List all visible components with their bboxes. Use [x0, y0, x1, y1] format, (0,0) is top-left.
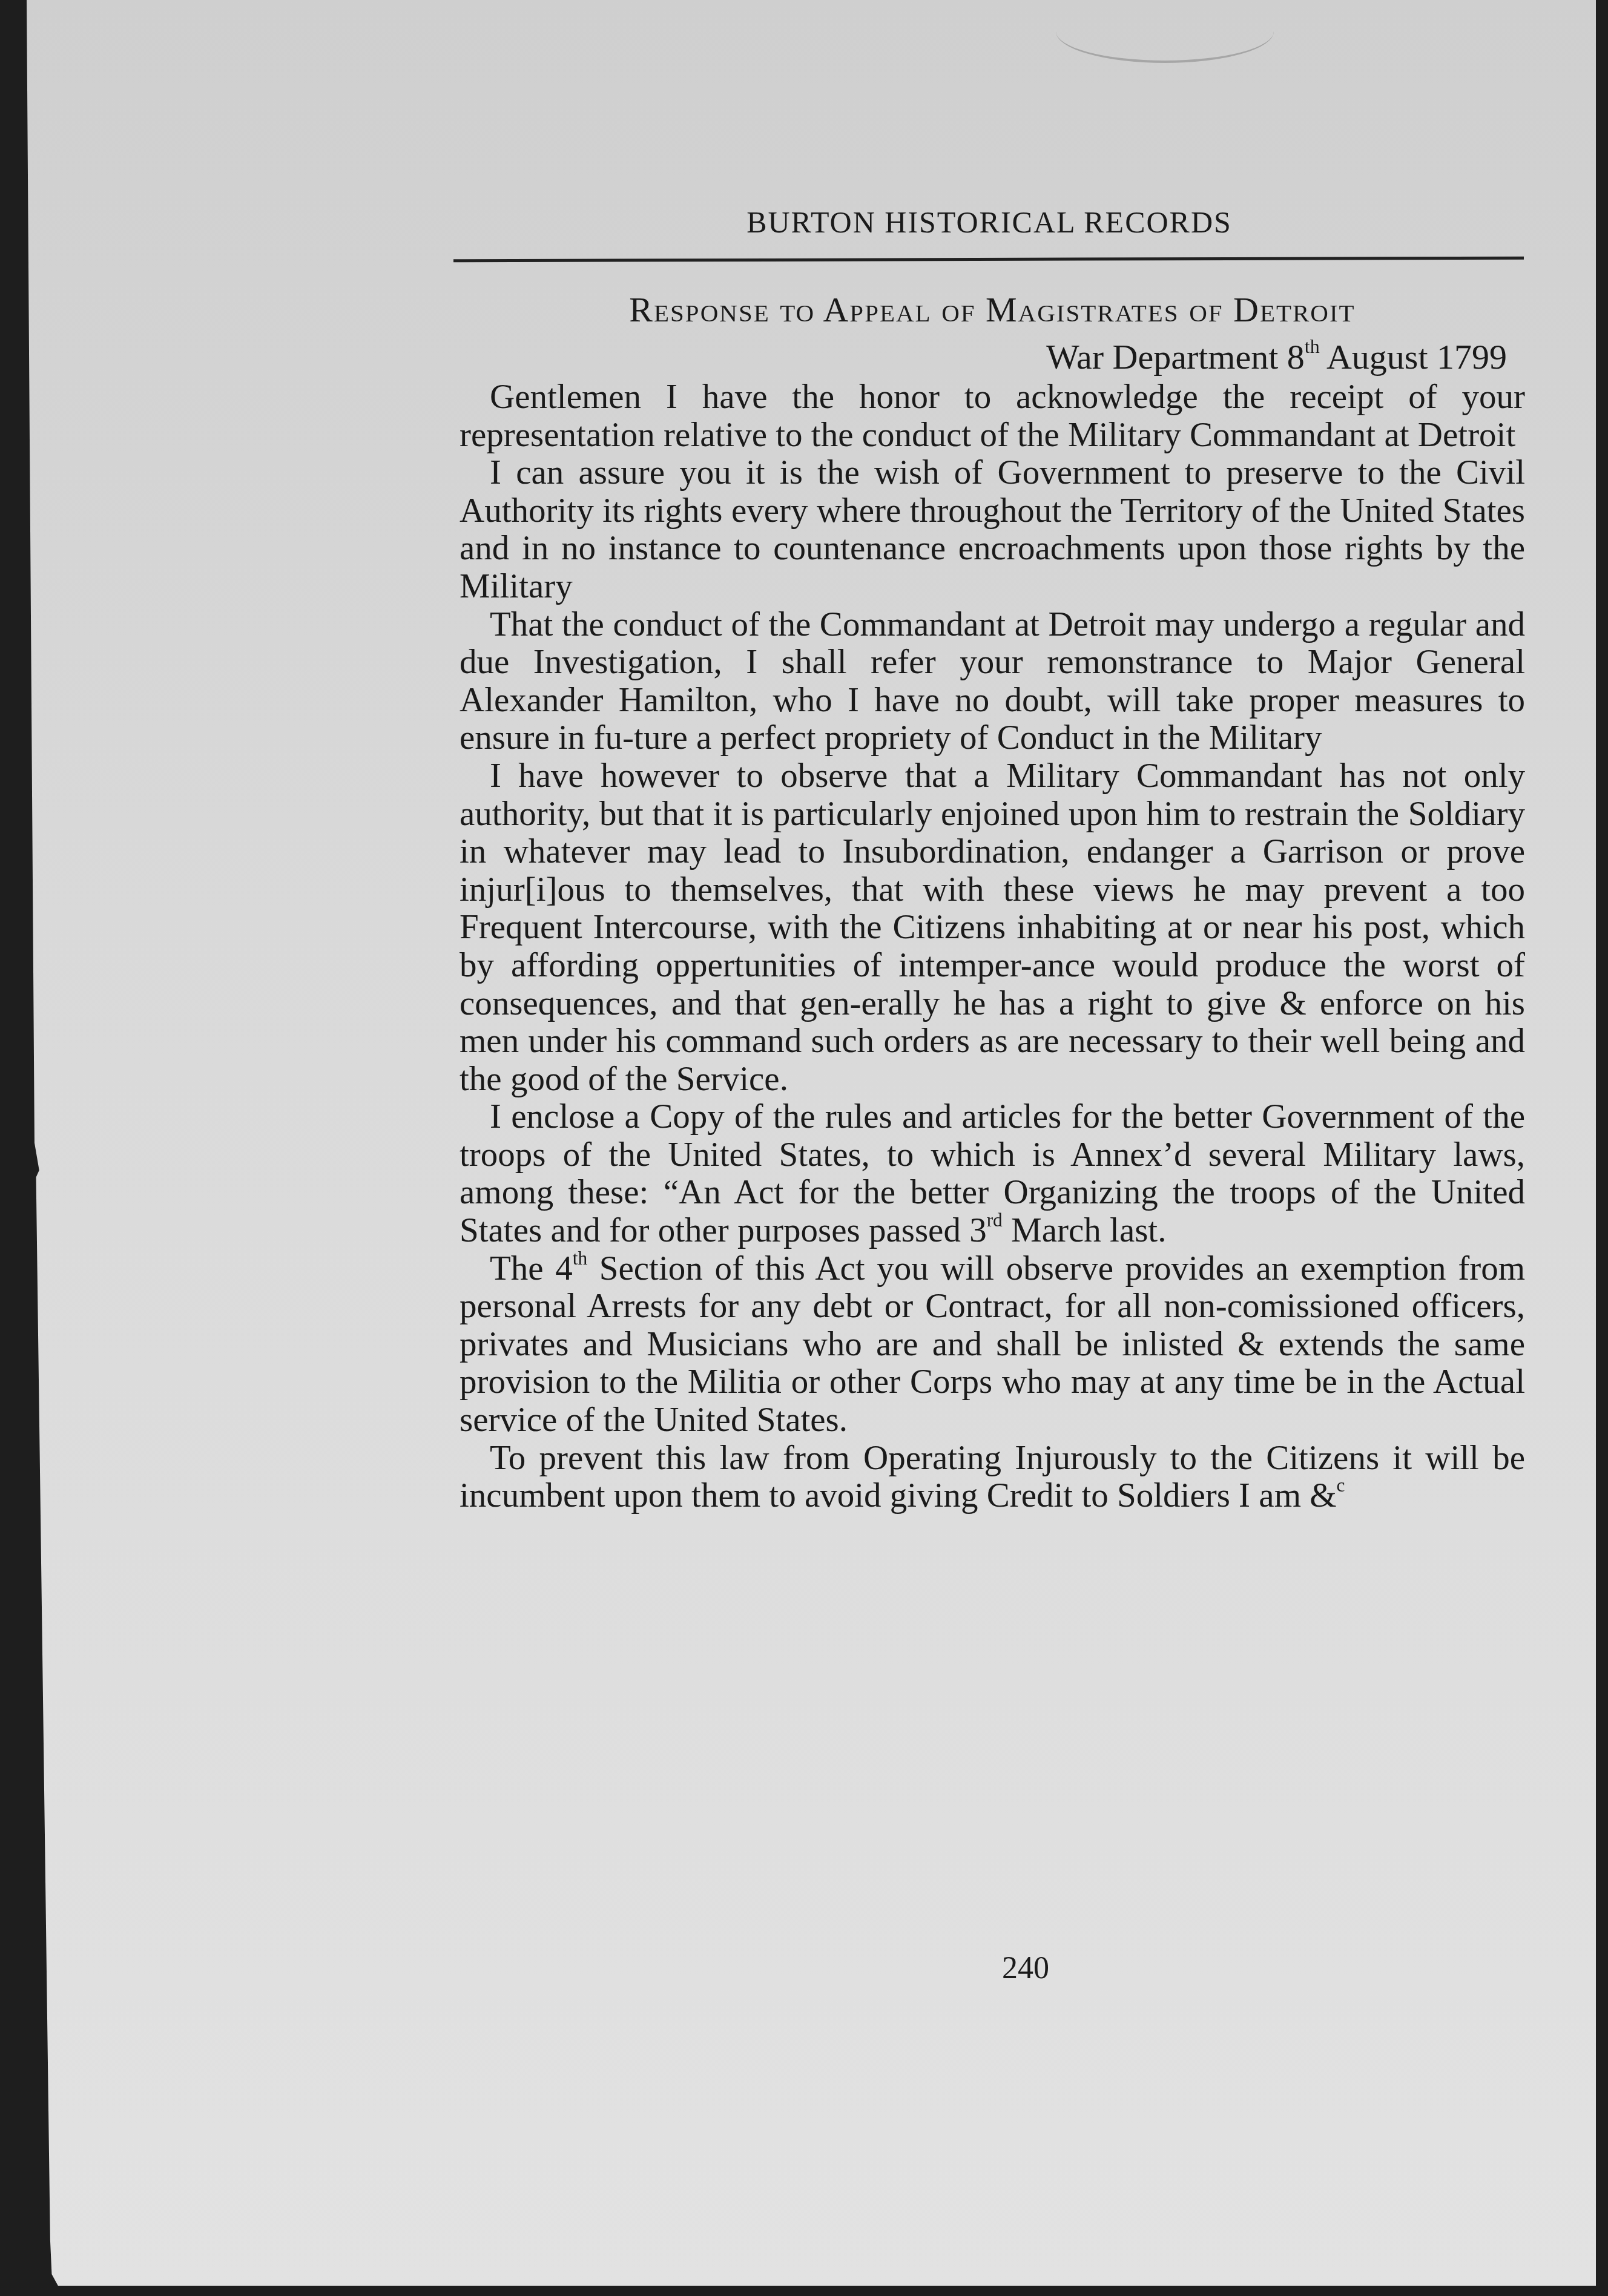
paragraph-closing: To prevent this law from Operating Injur…: [460, 1439, 1525, 1515]
paragraph-text: Section of this Act you will observe pro…: [460, 1249, 1525, 1439]
document-heading: Response to Appeal of Magistrates of Det…: [472, 289, 1513, 330]
page-curl-shadow: [1056, 0, 1274, 63]
paragraph-investigation: That the conduct of the Commandant at De…: [460, 606, 1525, 757]
running-head: BURTON HISTORICAL RECORDS: [453, 205, 1525, 240]
ordinal-suffix: th: [573, 1248, 587, 1269]
dateline-suffix: August 1799: [1320, 337, 1507, 377]
paragraph-civil-authority: I can assure you it is the wish of Gover…: [460, 454, 1525, 605]
dateline-prefix: War Department 8: [1046, 337, 1305, 377]
book-page: BURTON HISTORICAL RECORDS Response to Ap…: [27, 0, 1596, 2286]
paragraph-salutation: Gentlemen I have the honor to acknowledg…: [460, 378, 1525, 454]
dateline: War Department 8th August 1799: [453, 337, 1507, 377]
letter-body: Gentlemen I have the honor to acknowledg…: [460, 378, 1525, 1515]
dateline-ordinal: th: [1305, 336, 1320, 357]
header-rule: [453, 257, 1524, 263]
etc-superscript: c: [1337, 1475, 1345, 1496]
paragraph-enclosure: I enclose a Copy of the rules and articl…: [460, 1098, 1525, 1249]
paragraph-fourth-section: The 4th Section of this Act you will obs…: [460, 1250, 1525, 1439]
page-number: 240: [935, 1950, 1116, 1986]
paragraph-text: March last.: [1003, 1211, 1167, 1249]
paragraph-text: The 4: [490, 1249, 573, 1288]
ordinal-suffix: rd: [987, 1209, 1003, 1231]
paragraph-text: To prevent this law from Operating Injur…: [460, 1439, 1525, 1515]
paragraph-commandant-authority: I have however to observe that a Militar…: [460, 757, 1525, 1098]
